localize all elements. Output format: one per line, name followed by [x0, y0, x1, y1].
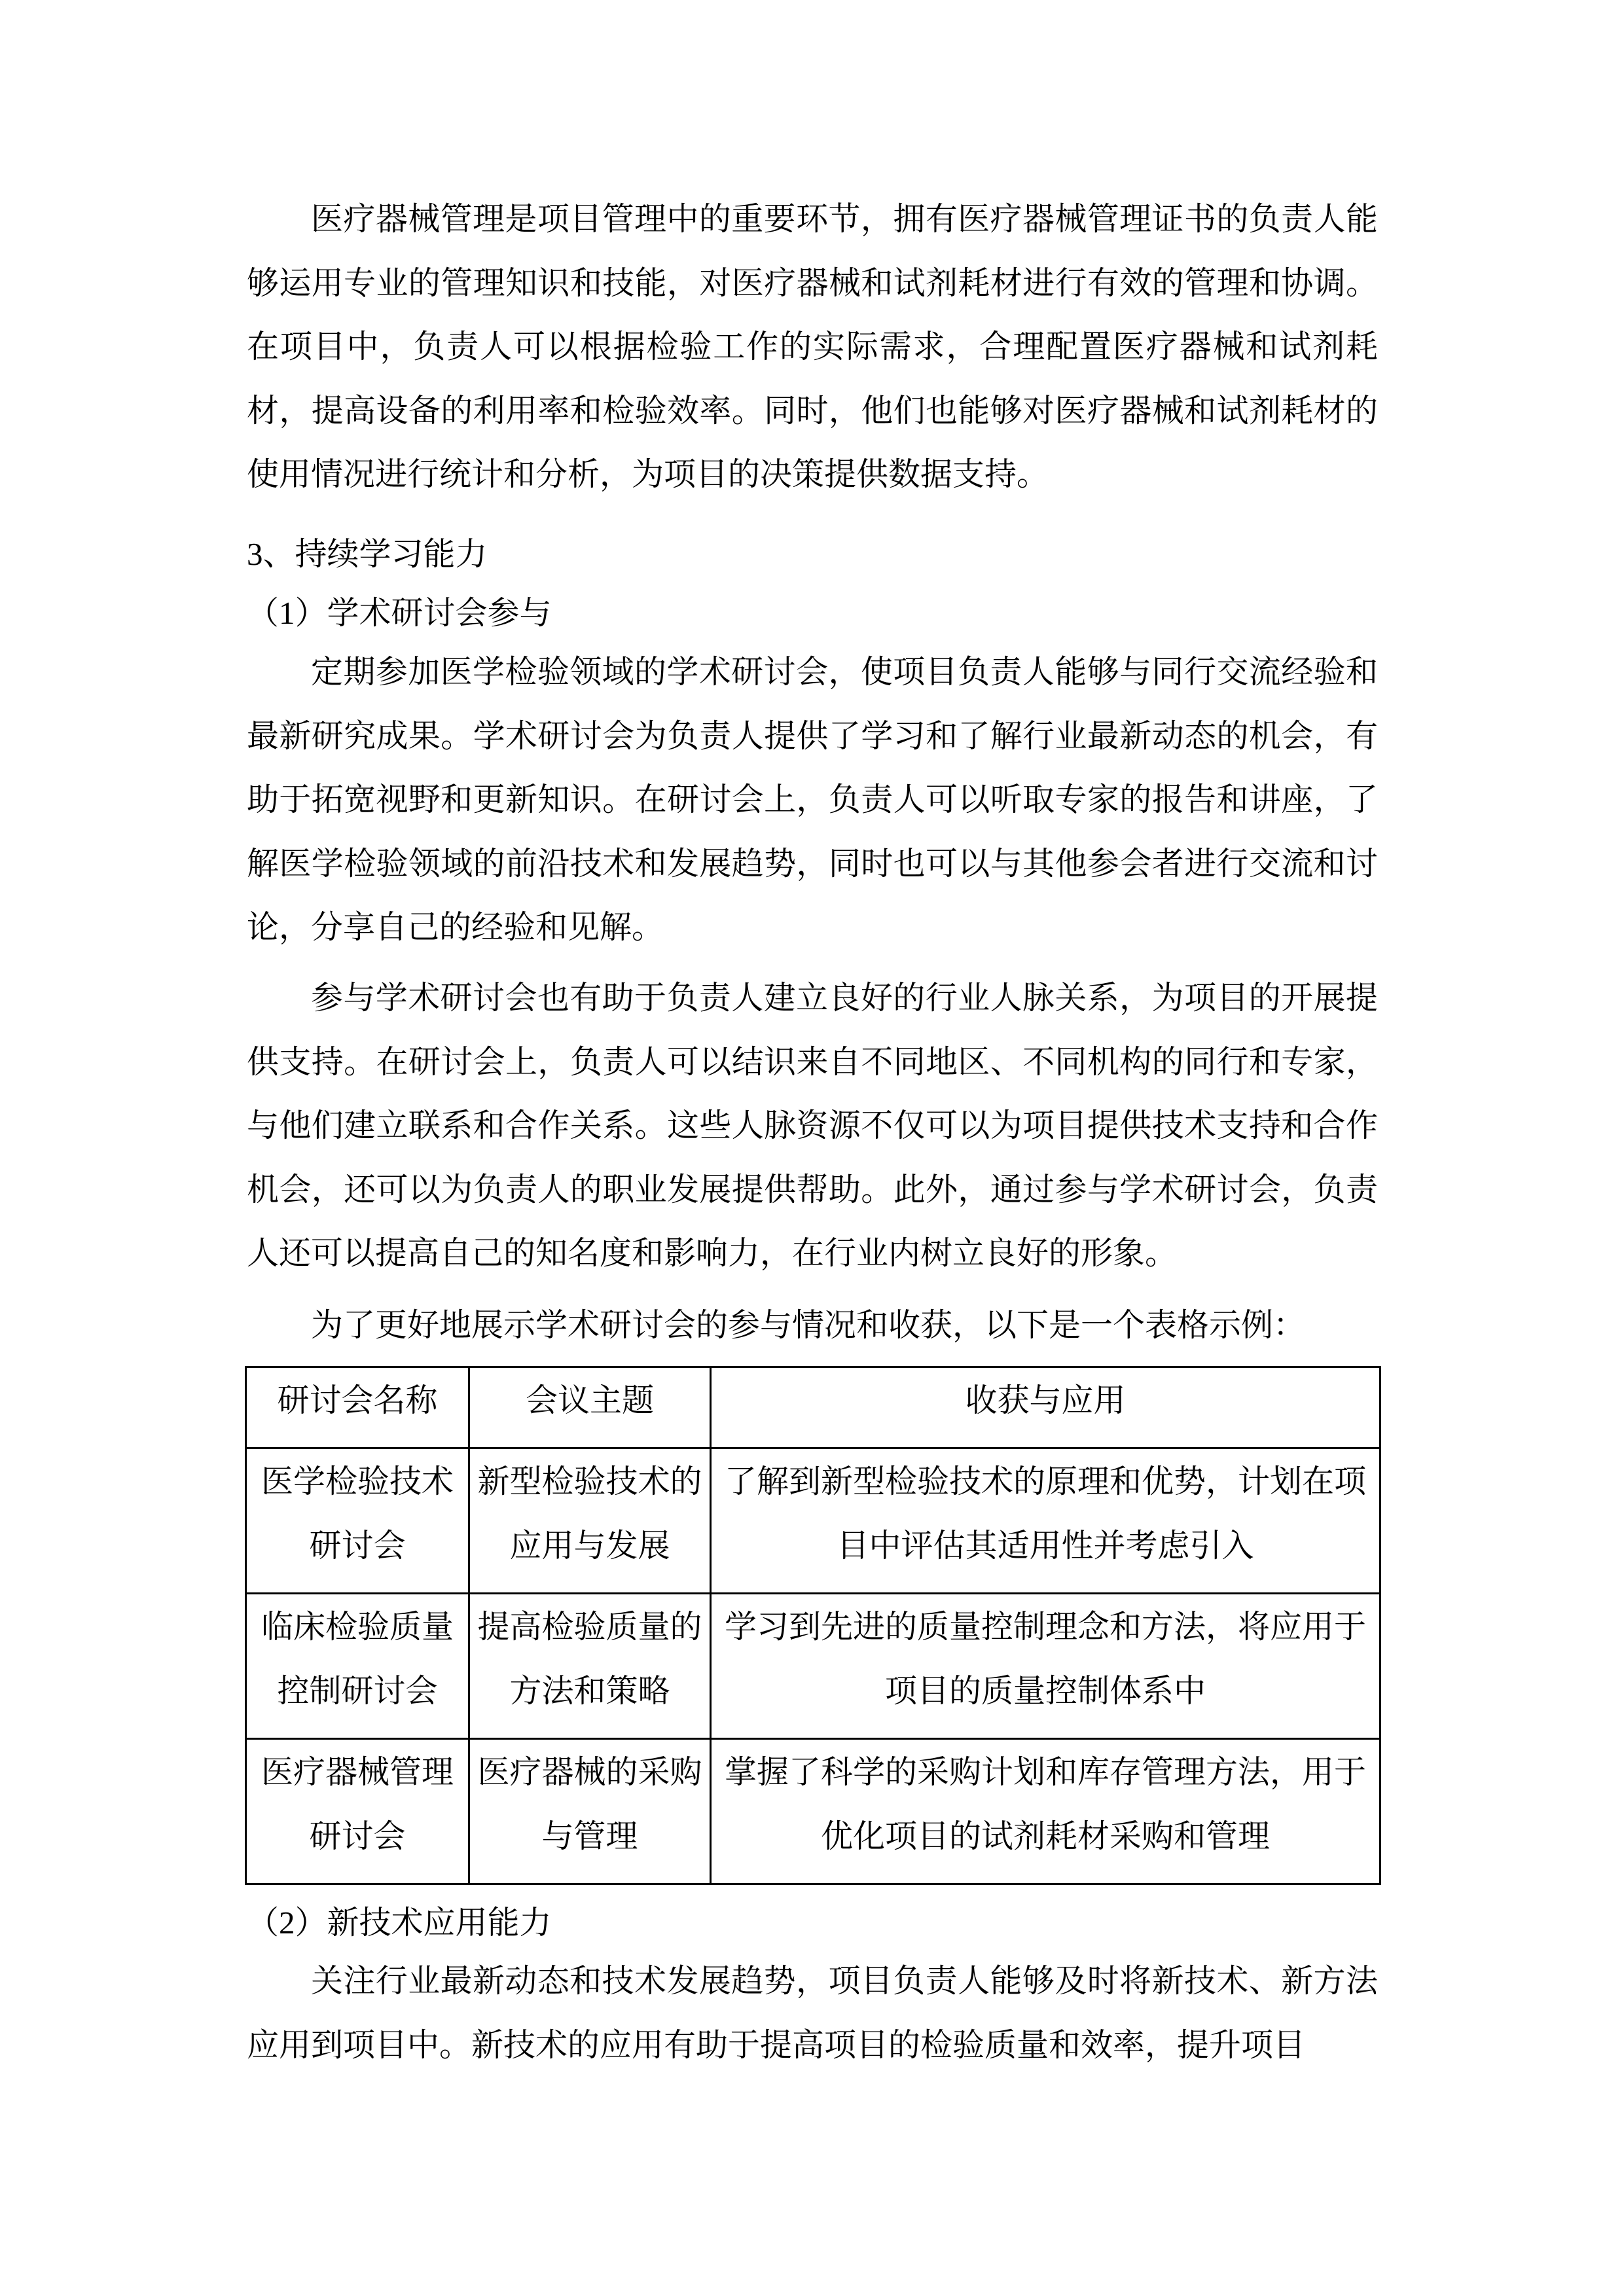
subsection-heading-new-tech: （2）新技术应用能力	[247, 1891, 1378, 1955]
table-row: 医学检验技术研讨会 新型检验技术的应用与发展 了解到新型检验技术的原理和优势，计…	[246, 1448, 1380, 1594]
seminar-table: 研讨会名称 会议主题 收获与应用 医学检验技术研讨会 新型检验技术的应用与发展 …	[245, 1366, 1381, 1885]
paragraph-new-tech-application: 关注行业最新动态和技术发展趋势，项目负责人能够及时将新技术、新方法应用到项目中。…	[247, 1949, 1378, 2077]
table-cell-seminar-name: 临床检验质量控制研讨会	[246, 1594, 469, 1739]
table-cell-topic: 新型检验技术的应用与发展	[469, 1448, 711, 1594]
table-cell-topic: 提高检验质量的方法和策略	[469, 1594, 711, 1739]
table-row: 医疗器械管理研讨会 医疗器械的采购与管理 掌握了科学的采购计划和库存管理方法，用…	[246, 1739, 1380, 1884]
table-header-cell: 会议主题	[469, 1367, 711, 1448]
table-header-cell: 收获与应用	[711, 1367, 1380, 1448]
paragraph-seminar-attendance: 定期参加医学检验领域的学术研讨会，使项目负责人能够与同行交流经验和最新研究成果。…	[247, 640, 1378, 960]
table-row: 临床检验质量控制研讨会 提高检验质量的方法和策略 学习到先进的质量控制理念和方法…	[246, 1594, 1380, 1739]
table-cell-outcome: 学习到先进的质量控制理念和方法，将应用于项目的质量控制体系中	[711, 1594, 1380, 1739]
table-cell-topic: 医疗器械的采购与管理	[469, 1739, 711, 1884]
paragraph-table-intro: 为了更好地展示学术研讨会的参与情况和收获，以下是一个表格示例：	[247, 1293, 1378, 1357]
section-heading-continuous-learning: 3、持续学习能力	[247, 522, 1378, 586]
table-header-row: 研讨会名称 会议主题 收获与应用	[246, 1367, 1380, 1448]
table-cell-outcome: 了解到新型检验技术的原理和优势，计划在项目中评估其适用性并考虑引入	[711, 1448, 1380, 1594]
table-cell-outcome: 掌握了科学的采购计划和库存管理方法，用于优化项目的试剂耗材采购和管理	[711, 1739, 1380, 1884]
paragraph-device-management: 医疗器械管理是项目管理中的重要环节，拥有医疗器械管理证书的负责人能够运用专业的管…	[247, 187, 1378, 507]
table-cell-seminar-name: 医疗器械管理研讨会	[246, 1739, 469, 1884]
subsection-heading-academic-seminars: （1）学术研讨会参与	[247, 581, 1378, 645]
table-cell-seminar-name: 医学检验技术研讨会	[246, 1448, 469, 1594]
paragraph-industry-network: 参与学术研讨会也有助于负责人建立良好的行业人脉关系，为项目的开展提供支持。在研讨…	[247, 966, 1378, 1285]
table-header-cell: 研讨会名称	[246, 1367, 469, 1448]
